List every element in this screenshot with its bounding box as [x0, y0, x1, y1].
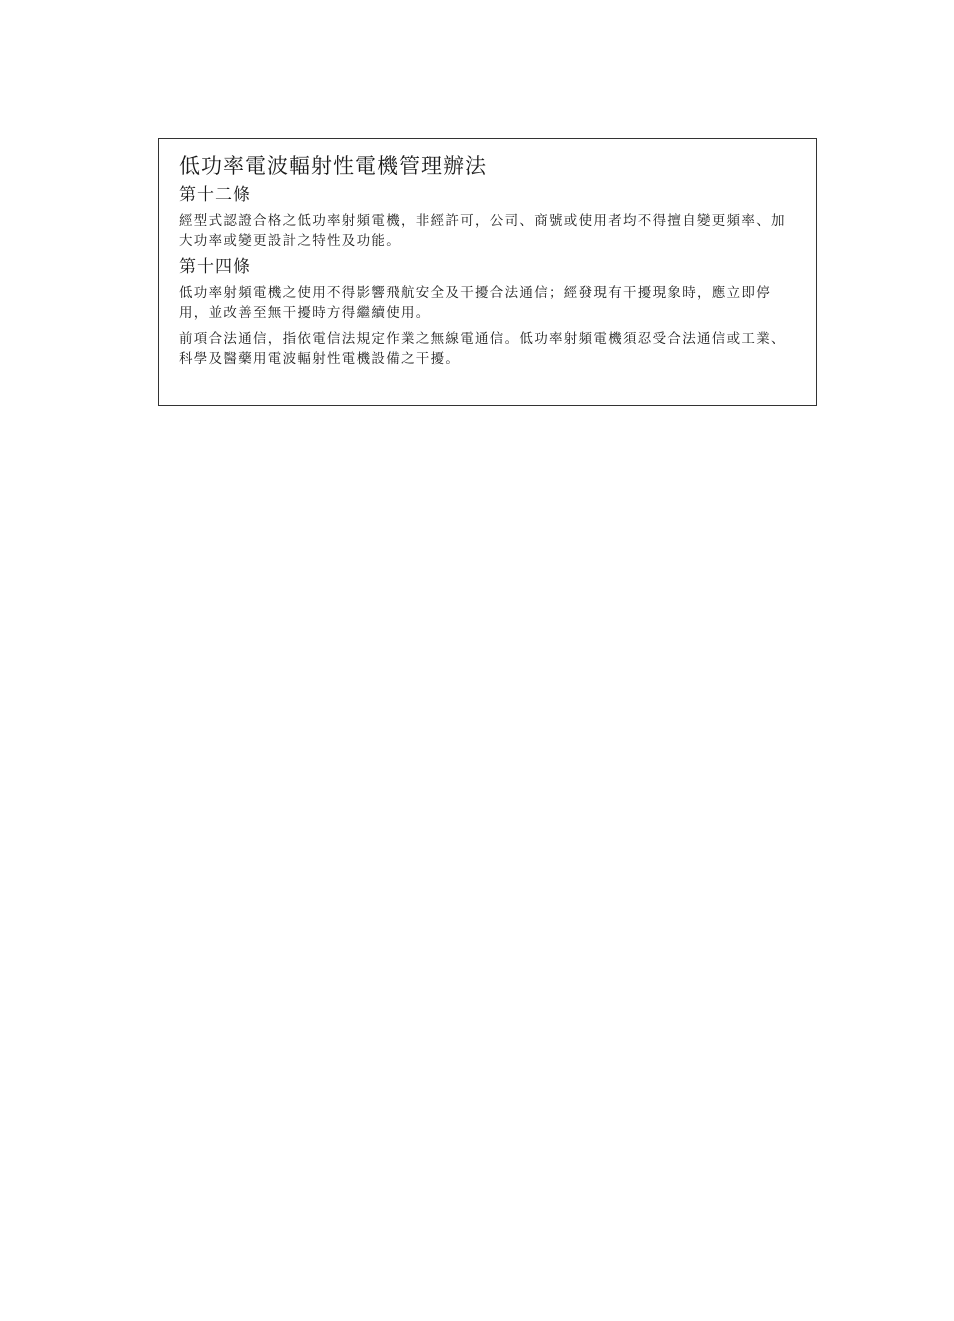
document-title: 低功率電波輻射性電機管理辦法	[179, 151, 796, 181]
article-14-heading: 第十四條	[179, 255, 796, 279]
article-14-paragraph-2: 前項合法通信，指依電信法規定作業之無線電通信。低功率射頻電機須忍受合法通信或工業…	[179, 329, 796, 369]
article-12-heading: 第十二條	[179, 183, 796, 207]
regulatory-notice-box: 低功率電波輻射性電機管理辦法 第十二條 經型式認證合格之低功率射頻電機，非經許可…	[158, 138, 817, 406]
article-14-paragraph-1: 低功率射頻電機之使用不得影響飛航安全及干擾合法通信；經發現有干擾現象時，應立即停…	[179, 283, 796, 323]
article-12-paragraph: 經型式認證合格之低功率射頻電機，非經許可，公司、商號或使用者均不得擅自變更頻率、…	[179, 211, 796, 251]
